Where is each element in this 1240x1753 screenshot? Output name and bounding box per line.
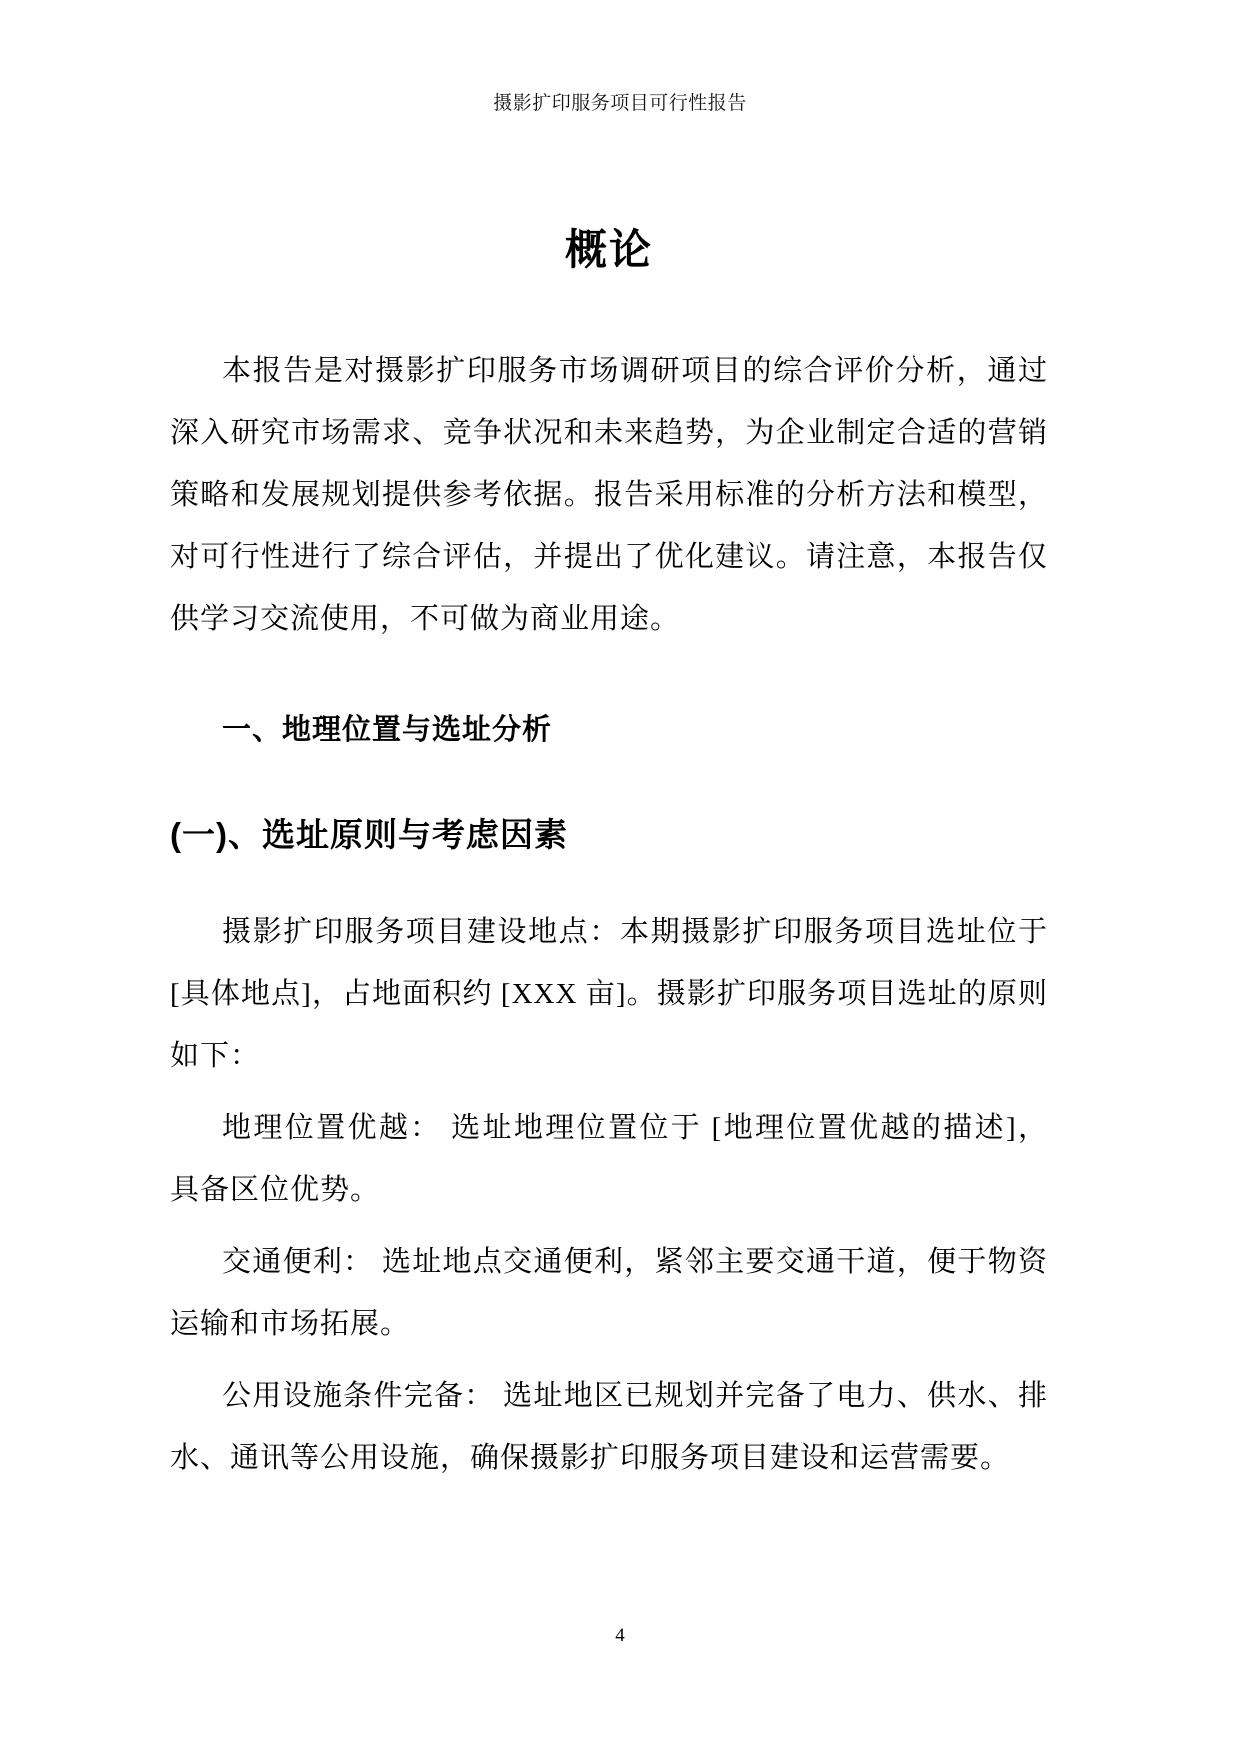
paragraph-line: 摄影扩印服务项目建设地点：本期摄影扩印服务项目选址位于	[170, 901, 1048, 963]
paragraph-line: 地理位置优越： 选址地理位置位于 [地理位置优越的描述]，	[170, 1097, 1048, 1159]
paragraph-line: 本报告是对摄影扩印服务市场调研项目的综合评价分析，通过	[170, 340, 1048, 402]
paragraph-line: 具备区位优势。	[170, 1159, 1048, 1221]
paragraph-location: 地理位置优越： 选址地理位置位于 [地理位置优越的描述]， 具备区位优势。	[170, 1097, 1048, 1221]
paragraph-line: 如下：	[170, 1025, 1048, 1087]
document-page: 摄影扩印服务项目可行性报告 概论 本报告是对摄影扩印服务市场调研项目的综合评价分…	[0, 0, 1240, 1753]
document-content: 概论 本报告是对摄影扩印服务市场调研项目的综合评价分析，通过 深入研究市场需求、…	[170, 0, 1048, 1489]
page-number: 4	[0, 1625, 1240, 1647]
document-title: 概论	[170, 222, 1048, 278]
paragraph-intro: 本报告是对摄影扩印服务市场调研项目的综合评价分析，通过 深入研究市场需求、竞争状…	[170, 340, 1048, 650]
paragraph-line: 对可行性进行了综合评估，并提出了优化建议。请注意，本报告仅	[170, 526, 1048, 588]
paragraph-line: 供学习交流使用，不可做为商业用途。	[170, 588, 1048, 650]
paragraph-line: 运输和市场拓展。	[170, 1293, 1048, 1355]
subsection-heading: (一)、选址原则与考虑因素	[170, 812, 1048, 858]
paragraph-utilities: 公用设施条件完备： 选址地区已规划并完备了电力、供水、排 水、通讯等公用设施，确…	[170, 1365, 1048, 1489]
paragraph-line: 深入研究市场需求、竞争状况和未来趋势，为企业制定合适的营销	[170, 402, 1048, 464]
paragraph-line: 策略和发展规划提供参考依据。报告采用标准的分析方法和模型，	[170, 464, 1048, 526]
paragraph-line: 公用设施条件完备： 选址地区已规划并完备了电力、供水、排	[170, 1365, 1048, 1427]
paragraph-line: 水、通讯等公用设施，确保摄影扩印服务项目建设和运营需要。	[170, 1427, 1048, 1489]
paragraph-traffic: 交通便利： 选址地点交通便利，紧邻主要交通干道，便于物资 运输和市场拓展。	[170, 1231, 1048, 1355]
paragraph-site: 摄影扩印服务项目建设地点：本期摄影扩印服务项目选址位于 [具体地点]，占地面积约…	[170, 901, 1048, 1087]
section-heading: 一、地理位置与选址分析	[222, 710, 1048, 750]
paragraph-line: [具体地点]，占地面积约 [XXX 亩]。摄影扩印服务项目选址的原则	[170, 963, 1048, 1025]
paragraph-line: 交通便利： 选址地点交通便利，紧邻主要交通干道，便于物资	[170, 1231, 1048, 1293]
